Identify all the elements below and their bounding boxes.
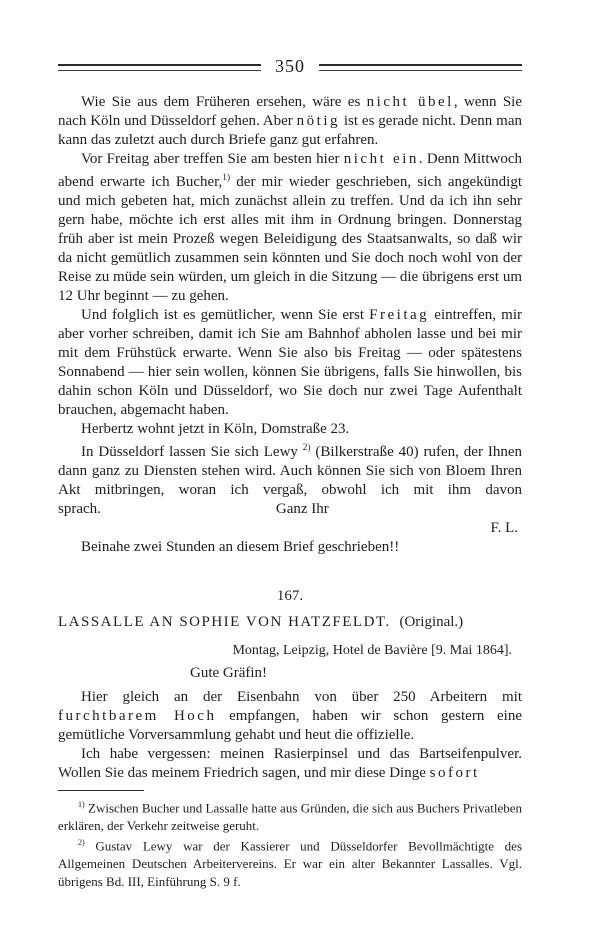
paragraph: Vor Freitag aber treffen Sie am besten h… bbox=[58, 150, 522, 306]
text-run: Zwischen Bucher und Lassalle hatte aus G… bbox=[58, 800, 522, 833]
footnote-marker: 2) bbox=[78, 838, 85, 847]
paragraph: Ich habe vergessen: meinen Rasierpinsel … bbox=[58, 745, 522, 783]
letter-167: 167. LASSALLE AN SOPHIE VON HATZFELDT. (… bbox=[58, 587, 522, 783]
text-run: Wie Sie aus dem Früheren ersehen, wäre e… bbox=[81, 94, 367, 110]
letterspaced-text: furchtbarem Hoch bbox=[58, 708, 216, 724]
book-page: 350 Wie Sie aus dem Früheren ersehen, wä… bbox=[0, 0, 600, 952]
letterspaced-text: nicht übel bbox=[367, 94, 454, 110]
text-run: der mir wieder geschrieben, sich angekün… bbox=[58, 174, 522, 304]
letterspaced-text: sofort bbox=[430, 765, 480, 781]
text-run: F. L. bbox=[490, 520, 518, 536]
letter-number: 167. bbox=[58, 587, 522, 606]
running-head: 350 bbox=[58, 56, 522, 78]
letter-dateline: Montag, Leipzig, Hotel de Bavière [9. Ma… bbox=[58, 642, 522, 660]
postscript: Beinahe zwei Stunden an diesem Brief ges… bbox=[58, 538, 522, 557]
footnote-2: 2) Gustav Lewy war der Kassierer und Düs… bbox=[58, 834, 522, 890]
text-run: Und folglich ist es gemütlicher, wenn Si… bbox=[81, 307, 369, 323]
header-rule-left bbox=[58, 64, 261, 71]
letter-heading-note: (Original.) bbox=[399, 614, 463, 630]
letter-heading-title: LASSALLE AN SOPHIE VON HATZFELDT. bbox=[58, 614, 391, 630]
footnote-separator bbox=[58, 790, 144, 791]
header-rule-right bbox=[319, 64, 522, 71]
signature: F. L. bbox=[58, 519, 522, 538]
page-content: 350 Wie Sie aus dem Früheren ersehen, wä… bbox=[58, 56, 522, 890]
text-run: eintreffen, mir aber vorher schreiben, d… bbox=[58, 307, 522, 418]
page-number: 350 bbox=[261, 57, 319, 75]
letterspaced-text: nicht ein bbox=[344, 151, 419, 167]
text-run: Herbertz wohnt jetzt in Köln, Domstraße … bbox=[81, 421, 349, 437]
letter-167-text: Hier gleich an der Eisenbahn von über 25… bbox=[58, 688, 522, 783]
paragraph: Und folglich ist es gemütlicher, wenn Si… bbox=[58, 306, 522, 420]
letter-salutation: Gute Gräfin! bbox=[190, 664, 522, 683]
paragraph: Wie Sie aus dem Früheren ersehen, wäre e… bbox=[58, 93, 522, 150]
letterspaced-text: Freitag bbox=[369, 307, 429, 323]
letter-166-text: Wie Sie aus dem Früheren ersehen, wäre e… bbox=[58, 93, 522, 557]
text-run: In Düsseldorf lassen Sie sich Lewy bbox=[81, 444, 303, 460]
paragraph: Hier gleich an der Eisenbahn von über 25… bbox=[58, 688, 522, 745]
footnote-1: 1) Zwischen Bucher und Lassalle hatte au… bbox=[58, 796, 522, 834]
text-run: Hier gleich an der Eisenbahn von über 25… bbox=[81, 689, 522, 705]
text-run: Vor Freitag aber treffen Sie am besten h… bbox=[81, 151, 344, 167]
footnote-list: 1) Zwischen Bucher und Lassalle hatte au… bbox=[58, 796, 522, 890]
footnote-marker: 1) bbox=[222, 173, 230, 183]
footnote-marker: 1) bbox=[78, 800, 85, 809]
text-run: Beinahe zwei Stunden an diesem Brief ges… bbox=[81, 539, 399, 555]
closing-phrase: Ganz Ihr bbox=[276, 501, 329, 517]
text-run: Gustav Lewy war der Kassierer und Düssel… bbox=[58, 839, 522, 889]
letterspaced-text: nötig bbox=[297, 113, 340, 129]
footnotes: 1) Zwischen Bucher und Lassalle hatte au… bbox=[58, 790, 522, 890]
letter-heading: LASSALLE AN SOPHIE VON HATZFELDT. (Origi… bbox=[58, 613, 522, 632]
paragraph: In Düsseldorf lassen Sie sich Lewy 2) (B… bbox=[58, 439, 522, 519]
paragraph: Herbertz wohnt jetzt in Köln, Domstraße … bbox=[58, 420, 522, 439]
footnote-marker: 2) bbox=[303, 443, 311, 453]
